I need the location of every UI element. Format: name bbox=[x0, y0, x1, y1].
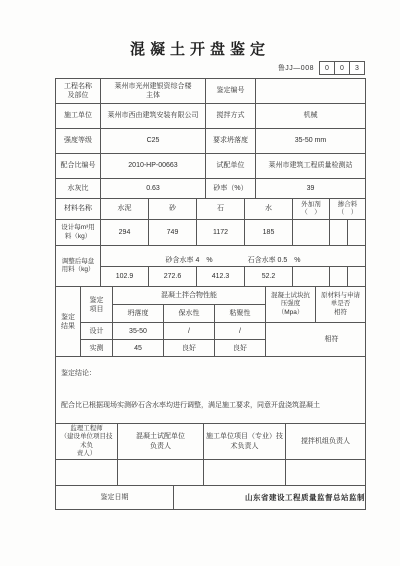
signature-cell bbox=[56, 460, 118, 486]
material-match-header: 原材料与申请单是否 相符 bbox=[316, 287, 366, 323]
table-row: 调整后每盘 用料（kg） 砂含水率 4 % 石含水率 0.5 % bbox=[56, 246, 366, 267]
field-label: 搅拌方式 bbox=[206, 104, 256, 129]
appraisal-number-value bbox=[256, 79, 366, 104]
table-row: 102.9 272.6 412.3 52.2 bbox=[56, 267, 366, 287]
row-label: 设计 bbox=[81, 323, 113, 340]
conclusion-table: 鉴定结论： 配合比已根据现场实测砂石含水率均进行调整，满足施工要求，同意开盘浇筑… bbox=[55, 356, 366, 423]
field-label: 砂率（%） bbox=[206, 179, 256, 199]
material-header: 砂 bbox=[149, 199, 197, 220]
table-row: 强度等级 C25 要求坍落度 35-50 mm bbox=[56, 129, 366, 154]
field-label: 材料名称 bbox=[56, 199, 101, 220]
water-cement-ratio-value: 0.63 bbox=[101, 179, 206, 199]
field-label: 配合比编号 bbox=[56, 154, 101, 179]
field-label: 试配单位 bbox=[206, 154, 256, 179]
mixture-performance-header: 混凝土拌合物性能 bbox=[113, 287, 266, 305]
conclusion-cell: 鉴定结论： 配合比已根据现场实测砂石含水率均进行调整，满足施工要求，同意开盘浇筑… bbox=[56, 357, 366, 423]
table-row: 水灰比 0.63 砂率（%） 39 bbox=[56, 179, 366, 199]
supervisor-header: 监理工程师 （建设单位项目技术负 责人） bbox=[56, 423, 118, 460]
field-label: 水灰比 bbox=[56, 179, 101, 199]
moisture-cell: 砂含水率 4 % 石含水率 0.5 % bbox=[101, 246, 366, 267]
field-label: 工程名称 及部位 bbox=[56, 79, 101, 104]
mixing-method-value: 机械 bbox=[256, 104, 366, 129]
adjusted-amount-cell: 102.9 bbox=[101, 267, 149, 287]
field-label: 要求坍落度 bbox=[206, 129, 256, 154]
mix-ratio-number-value: 2010-HP-00663 bbox=[101, 154, 206, 179]
form-title: 混凝土开盘鉴定 bbox=[0, 38, 400, 59]
design-amount-cell: 185 bbox=[245, 220, 293, 246]
design-slump-value: 35-50 bbox=[113, 323, 164, 340]
form-code-boxes: 0 0 3 bbox=[319, 61, 365, 75]
table-row: 设计 35-50 / / 相符 bbox=[56, 323, 366, 340]
adjusted-amount-cell: 272.6 bbox=[149, 267, 197, 287]
design-amount-cell: 1172 bbox=[197, 220, 245, 246]
material-header: 外加剂 （ ） bbox=[293, 199, 330, 220]
project-name-value: 莱州市光州建银资综合楼 主体 bbox=[101, 79, 206, 104]
sand-rate-value: 39 bbox=[256, 179, 366, 199]
design-amount-cell bbox=[330, 220, 348, 246]
row-label: 实测 bbox=[81, 340, 113, 357]
field-label: 鉴定编号 bbox=[206, 79, 256, 104]
field-label: 调整后每盘 用料（kg） bbox=[56, 246, 101, 287]
form-code-digit: 3 bbox=[350, 61, 365, 75]
stone-moisture: 石含水率 0.5 % bbox=[248, 257, 301, 264]
item-label: 鉴定 项目 bbox=[81, 287, 113, 323]
field-label: 施工单位 bbox=[56, 104, 101, 129]
document-page: 混凝土开盘鉴定 鲁JJ—008 0 0 3 工程名称 及部位 莱州市光州建银资综… bbox=[0, 0, 400, 566]
appraisal-form: 工程名称 及部位 莱州市光州建银资综合楼 主体 鉴定编号 施工单位 莱州市西由建… bbox=[55, 78, 365, 510]
design-amount-cell: 749 bbox=[149, 220, 197, 246]
form-code-digit: 0 bbox=[335, 61, 350, 75]
field-label: 强度等级 bbox=[56, 129, 101, 154]
result-label: 鉴定 结果 bbox=[56, 287, 81, 357]
trial-unit-header: 混凝土试配单位 负责人 bbox=[118, 423, 204, 460]
trial-unit-value: 莱州市建筑工程质量检测站 bbox=[256, 154, 366, 179]
field-label: 设计每m³用 料（kg） bbox=[56, 220, 101, 246]
table-row: 配合比编号 2010-HP-00663 试配单位 莱州市建筑工程质量检测站 bbox=[56, 154, 366, 179]
table-row: 监理工程师 （建设单位项目技术负 责人） 混凝土试配单位 负责人 施工单位项目（… bbox=[56, 423, 366, 460]
materials-table: 材料名称 水泥 砂 石 水 外加剂 （ ） 掺合料 （ ） 设计每m³用 料（k… bbox=[55, 198, 366, 287]
table-row: 材料名称 水泥 砂 石 水 外加剂 （ ） 掺合料 （ ） bbox=[56, 199, 366, 220]
design-amount-cell: 294 bbox=[101, 220, 149, 246]
sub-header: 粘聚性 bbox=[215, 305, 266, 323]
info-table: 工程名称 及部位 莱州市光州建银资综合楼 主体 鉴定编号 施工单位 莱州市西由建… bbox=[55, 78, 366, 199]
material-match-value: 相符 bbox=[266, 323, 366, 357]
design-water-retention-value: / bbox=[164, 323, 215, 340]
builder-value: 莱州市西由建筑安装有限公司 bbox=[101, 104, 206, 129]
adjusted-amount-cell bbox=[348, 267, 366, 287]
appraisal-table: 鉴定 结果 鉴定 项目 混凝土拌合物性能 混凝土试块抗压强度 （Mpa） 原材料… bbox=[55, 286, 366, 357]
sub-header: 保水性 bbox=[164, 305, 215, 323]
adjusted-amount-cell: 52.2 bbox=[245, 267, 293, 287]
adjusted-amount-cell bbox=[330, 267, 348, 287]
builder-tech-header: 施工单位项目（专业）技 术负责人 bbox=[204, 423, 286, 460]
material-header: 水 bbox=[245, 199, 293, 220]
table-row: 施工单位 莱州市西由建筑安装有限公司 搅拌方式 机械 bbox=[56, 104, 366, 129]
material-header: 掺合料 （ ） bbox=[330, 199, 366, 220]
measured-water-retention-value: 良好 bbox=[164, 340, 215, 357]
design-cohesion-value: / bbox=[215, 323, 266, 340]
table-row: 鉴定 结果 鉴定 项目 混凝土拌合物性能 混凝土试块抗压强度 （Mpa） 原材料… bbox=[56, 287, 366, 305]
form-code-row: 鲁JJ—008 0 0 3 bbox=[55, 61, 365, 75]
signature-cell bbox=[286, 460, 366, 486]
sub-header: 坍落度 bbox=[113, 305, 164, 323]
signature-table: 监理工程师 （建设单位项目技术负 责人） 混凝土试配单位 负责人 施工单位项目（… bbox=[55, 423, 366, 487]
adjusted-amount-cell bbox=[293, 267, 330, 287]
conclusion-text: 配合比已根据现场实测砂石含水率均进行调整，满足施工要求，同意开盘浇筑混凝土 bbox=[61, 401, 360, 410]
material-header: 石 bbox=[197, 199, 245, 220]
measured-slump-value: 45 bbox=[113, 340, 164, 357]
table-row: 设计每m³用 料（kg） 294 749 1172 185 bbox=[56, 220, 366, 246]
form-code-label: 鲁JJ—008 bbox=[278, 63, 314, 73]
measured-cohesion-value: 良好 bbox=[215, 340, 266, 357]
conclusion-label: 鉴定结论： bbox=[61, 369, 360, 378]
issuer-note: 山东省建设工程质量监督总站监制 bbox=[55, 492, 365, 503]
mixer-crew-header: 搅拌机组负责人 bbox=[286, 423, 366, 460]
design-amount-cell bbox=[348, 220, 366, 246]
signature-cell bbox=[204, 460, 286, 486]
sand-moisture: 砂含水率 4 % bbox=[166, 257, 213, 264]
adjusted-amount-cell: 412.3 bbox=[197, 267, 245, 287]
form-code-digit: 0 bbox=[319, 61, 335, 75]
material-header: 水泥 bbox=[101, 199, 149, 220]
signature-cell bbox=[118, 460, 204, 486]
strength-grade-value: C25 bbox=[101, 129, 206, 154]
strength-header: 混凝土试块抗压强度 （Mpa） bbox=[266, 287, 316, 323]
table-row: 鉴定结论： 配合比已根据现场实测砂石含水率均进行调整，满足施工要求，同意开盘浇筑… bbox=[56, 357, 366, 423]
slump-value: 35-50 mm bbox=[256, 129, 366, 154]
table-row: 工程名称 及部位 莱州市光州建银资综合楼 主体 鉴定编号 bbox=[56, 79, 366, 104]
table-row bbox=[56, 460, 366, 486]
design-amount-cell bbox=[293, 220, 330, 246]
